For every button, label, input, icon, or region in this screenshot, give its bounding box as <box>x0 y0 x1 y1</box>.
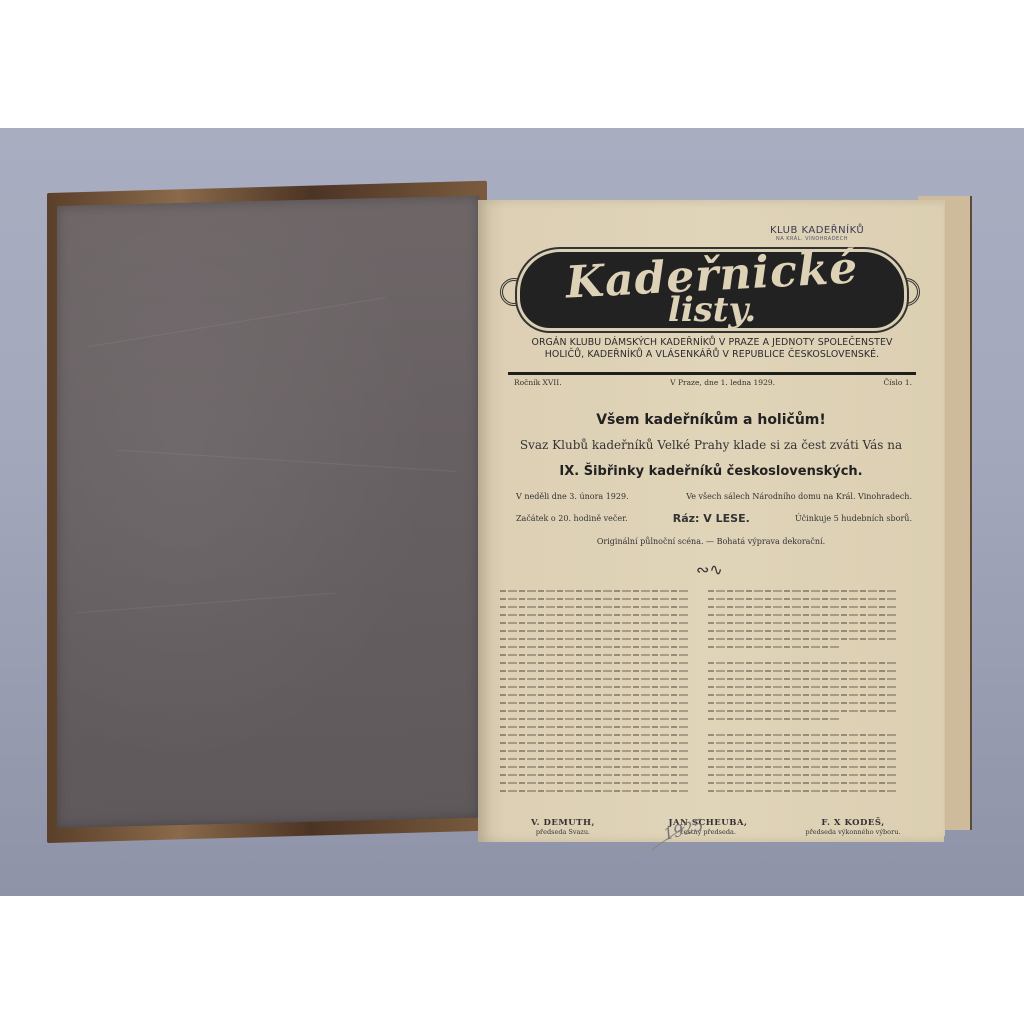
text-line <box>500 758 688 760</box>
text-line <box>500 646 688 648</box>
signature-role: předseda výkonného výboru. <box>778 828 928 836</box>
event-title: IX. Šibřinky kadeřníků československých. <box>478 464 944 479</box>
signature-role: předseda Svazu. <box>498 828 628 836</box>
event-scene-note: Originální půlnoční scéna. — Bohatá výpr… <box>478 537 944 546</box>
text-line <box>500 606 688 608</box>
text-line <box>500 742 688 744</box>
text-line <box>708 758 896 760</box>
text-line <box>500 670 688 672</box>
text-line <box>500 766 688 768</box>
text-line <box>500 718 688 720</box>
text-line <box>708 638 896 640</box>
text-line <box>500 662 688 664</box>
issue-volume: Ročník XVII. <box>514 378 562 387</box>
paper-wrinkle <box>88 297 385 347</box>
text-line <box>500 726 688 728</box>
masthead: Kadeřnické listy. <box>500 238 920 334</box>
masthead-rule <box>508 372 916 375</box>
text-line <box>708 718 840 720</box>
invitation-intro: Svaz Klubů kadeřníků Velké Prahy klade s… <box>478 438 944 452</box>
text-line <box>500 654 688 656</box>
text-line <box>708 694 896 696</box>
paper-wrinkle <box>118 450 457 472</box>
text-line <box>500 750 688 752</box>
text-line <box>708 782 896 784</box>
text-line <box>500 598 688 600</box>
text-line <box>708 662 896 664</box>
event-music: Účinkuje 5 hudebních sborů. <box>795 514 912 523</box>
text-line <box>708 750 896 752</box>
text-line <box>500 678 688 680</box>
text-line <box>708 686 896 688</box>
event-details-row: Začátek o 20. hodině večer. Ráz: V LESE.… <box>516 512 912 525</box>
text-line <box>708 606 896 608</box>
flourish-ornament-icon: ∾∿ <box>696 560 723 579</box>
event-theme: Ráz: V LESE. <box>673 512 750 525</box>
text-line <box>708 742 896 744</box>
subtitle-line-2: HOLIČŮ, KADEŘNÍKŮ A VLÁSENKÁŘŮ V REPUBLI… <box>512 349 912 361</box>
signature-name: F. X KODEŠ, <box>778 818 928 828</box>
text-line <box>500 630 688 632</box>
text-line <box>500 710 688 712</box>
signature-role: čestný předseda. <box>638 828 778 836</box>
signature-3: F. X KODEŠ, předseda výkonného výboru. <box>778 818 928 836</box>
event-venue: Ve všech sálech Národního domu na Král. … <box>686 492 912 501</box>
event-start: Začátek o 20. hodině večer. <box>516 514 628 523</box>
text-line <box>708 646 840 648</box>
text-line <box>708 702 896 704</box>
article-column-right <box>708 585 896 798</box>
masthead-title-line-2: listy. <box>522 294 902 326</box>
text-line <box>500 734 688 736</box>
signature-2: JAN SCHEUBA, čestný předseda. <box>638 818 778 836</box>
subtitle-line-1: ORGÁN KLUBU DÁMSKÝCH KADEŘNÍKŮ V PRAZE A… <box>512 337 912 349</box>
event-date: V neděli dne 3. února 1929. <box>516 492 629 501</box>
newspaper-page: KLUB KADEŘNÍKŮ NA KRÁL. VINOHRADECH Kade… <box>478 200 944 842</box>
text-line <box>500 614 688 616</box>
text-line <box>708 630 896 632</box>
text-line <box>708 598 896 600</box>
masthead-banner: Kadeřnické listy. <box>520 252 904 328</box>
signature-name: JAN SCHEUBA, <box>638 818 778 828</box>
stamp-line-1: KLUB KADEŘNÍKŮ <box>770 225 864 236</box>
endpaper <box>57 196 479 828</box>
text-line <box>500 590 688 592</box>
paper-wrinkle <box>77 592 337 613</box>
issue-dateline: V Praze, dne 1. ledna 1929. <box>670 378 775 387</box>
text-line <box>708 766 896 768</box>
text-line <box>500 702 688 704</box>
invitation-headline: Všem kadeřníkům a holičům! <box>478 412 944 428</box>
text-line <box>500 686 688 688</box>
text-line <box>708 734 896 736</box>
issue-number: Číslo 1. <box>884 378 912 387</box>
text-line <box>500 782 688 784</box>
article-column-left <box>500 585 688 798</box>
text-line <box>708 654 896 656</box>
masthead-subtitle: ORGÁN KLUBU DÁMSKÝCH KADEŘNÍKŮ V PRAZE A… <box>512 337 912 361</box>
text-line <box>708 614 896 616</box>
signature-1: V. DEMUTH, předseda Svazu. <box>498 818 628 836</box>
text-line <box>708 670 896 672</box>
text-line <box>708 678 896 680</box>
text-line <box>500 694 688 696</box>
issue-info-row: Ročník XVII. V Praze, dne 1. ledna 1929.… <box>514 378 912 387</box>
text-line <box>500 790 688 792</box>
text-line <box>500 774 688 776</box>
signature-name: V. DEMUTH, <box>498 818 628 828</box>
text-line <box>708 590 896 592</box>
text-line <box>500 622 688 624</box>
text-line <box>708 774 896 776</box>
text-line <box>500 638 688 640</box>
text-line <box>708 790 896 792</box>
text-line <box>708 622 896 624</box>
text-line <box>708 710 896 712</box>
event-date-venue-row: V neděli dne 3. února 1929. Ve všech sál… <box>516 492 912 501</box>
text-line <box>708 726 896 728</box>
